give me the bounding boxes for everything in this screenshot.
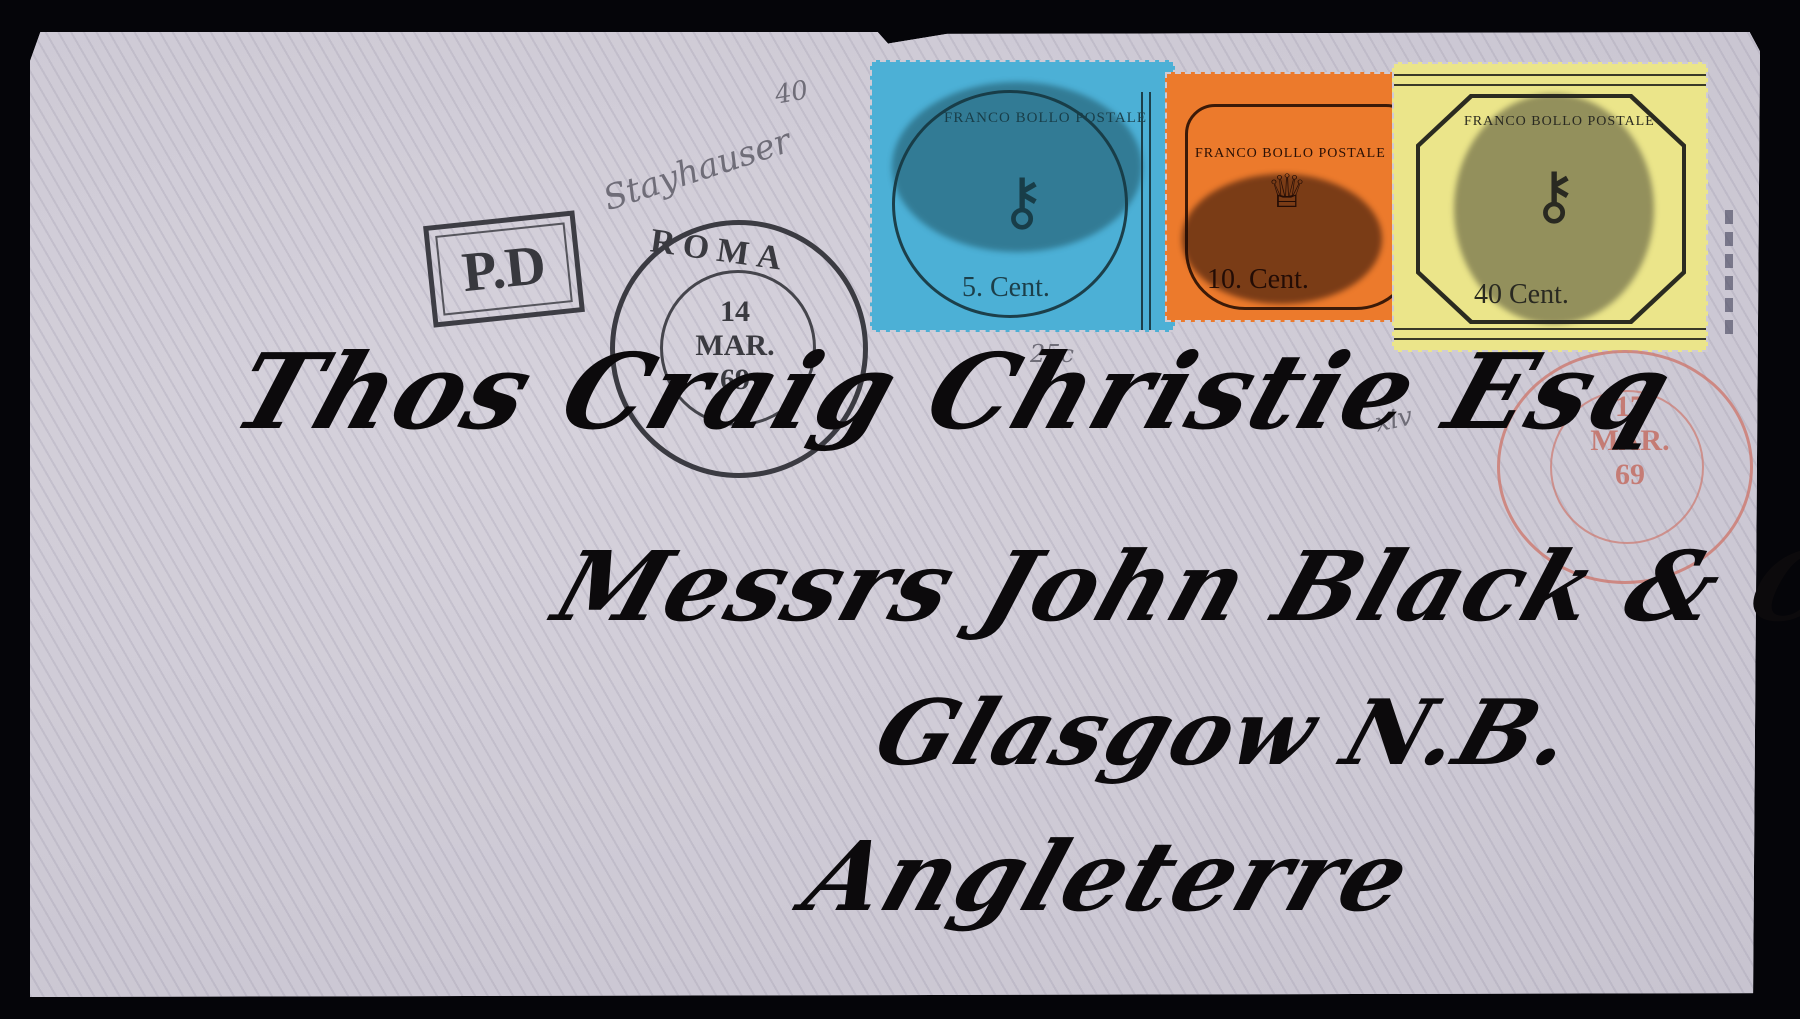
departure-day: 14 — [695, 295, 775, 329]
address-line-1: Thos Craig Christie Esq — [220, 330, 1688, 453]
stamp-margin-lines — [1141, 92, 1151, 330]
cancellation-smudge — [1182, 174, 1382, 304]
stamp-yellow-40c: FRANCO BOLLO POSTALE ⚷ 40 Cent. — [1392, 62, 1708, 352]
address-line-4: Angleterre — [792, 820, 1425, 933]
cancellation-smudge — [892, 82, 1142, 252]
address-line-3: Glasgow N.B. — [863, 680, 1588, 786]
cancellation-smudge — [1454, 94, 1654, 324]
pd-postmark: P.D — [423, 210, 585, 327]
pencil-note-40: 40 — [773, 75, 811, 110]
stamp-orange-10c: FRANCO BOLLO POSTALE ♕ 10. Cent. — [1165, 72, 1430, 322]
stamp-value: 5. Cent. — [962, 272, 1050, 304]
stamp-inscription: FRANCO BOLLO POSTALE — [1195, 146, 1386, 162]
edge-cancel-marks — [1725, 210, 1733, 340]
stamp-blue-5c: FRANCO BOLLO POSTALE ⚷ 5. Cent. — [870, 60, 1175, 332]
arrival-year: 69 — [1580, 458, 1680, 492]
stamp-margin-lines-top — [1394, 74, 1706, 86]
address-line-2: Messrs John Black & Co — [542, 530, 1800, 643]
